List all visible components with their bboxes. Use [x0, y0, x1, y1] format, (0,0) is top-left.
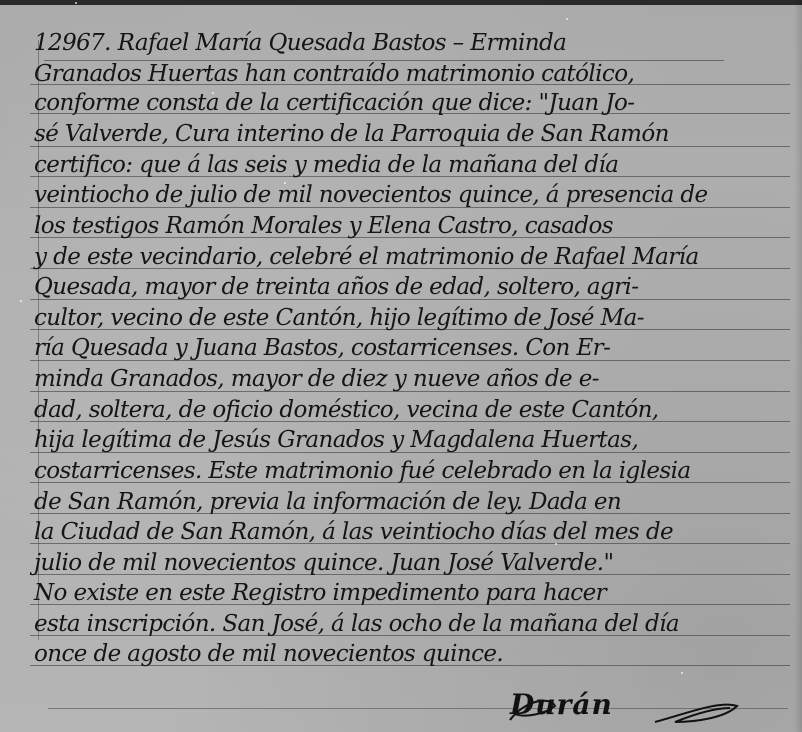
dust-speck	[75, 2, 77, 4]
record-line-12: minda Granados, mayor de diez y nueve añ…	[34, 364, 599, 394]
record-line-13: dad, soltera, de oficio doméstico, vecin…	[34, 395, 659, 425]
record-line-15: costarricenses. Este matrimonio fué cele…	[34, 456, 691, 486]
record-line-4: sé Valverde, Cura interino de la Parroqu…	[34, 119, 669, 149]
dust-speck	[555, 543, 557, 545]
record-line-1: 12967. Rafael María Quesada Bastos – Erm…	[34, 28, 566, 58]
record-line-2: Granados Huertas han contraído matrimoni…	[34, 59, 634, 89]
record-line-8: y de este vecindario, celebré el matrimo…	[34, 242, 699, 272]
record-line-3: conforme consta de la certificación que …	[34, 88, 634, 118]
scan-top-edge	[0, 0, 802, 5]
record-line-21: once de agosto de mil novecientos quince…	[34, 639, 503, 669]
record-line-5: certifico: que á las seis y media de la …	[34, 150, 618, 180]
dust-speck	[284, 182, 286, 184]
record-line-10: cultor, vecino de este Cantón, hijo legí…	[34, 303, 644, 333]
dust-speck	[566, 18, 568, 20]
record-line-19: No existe en este Registro impedimento p…	[34, 578, 606, 608]
record-line-7: los testigos Ramón Morales y Elena Castr…	[34, 211, 613, 241]
record-line-11: ría Quesada y Juana Bastos, costarricens…	[34, 333, 610, 363]
dust-speck	[20, 300, 22, 302]
record-line-20: esta inscripción. San José, á las ocho d…	[34, 609, 679, 639]
record-line-18: julio de mil novecientos quince. Juan Jo…	[34, 548, 614, 578]
record-line-9: Quesada, mayor de treinta años de edad, …	[34, 272, 638, 302]
dust-speck	[681, 672, 683, 674]
record-line-14: hija legítima de Jesús Granados y Magdal…	[34, 425, 638, 455]
registrar-signature: Durán	[510, 688, 613, 721]
scanned-document-page: 12967. Rafael María Quesada Bastos – Erm…	[0, 0, 802, 732]
dust-speck	[212, 92, 214, 94]
record-line-6: veintiocho de julio de mil novecientos q…	[34, 180, 708, 210]
scan-right-edge	[794, 0, 802, 732]
record-line-16: de San Ramón, previa la información de l…	[34, 487, 621, 517]
record-line-17: la Ciudad de San Ramón, á las veintiocho…	[34, 517, 673, 547]
